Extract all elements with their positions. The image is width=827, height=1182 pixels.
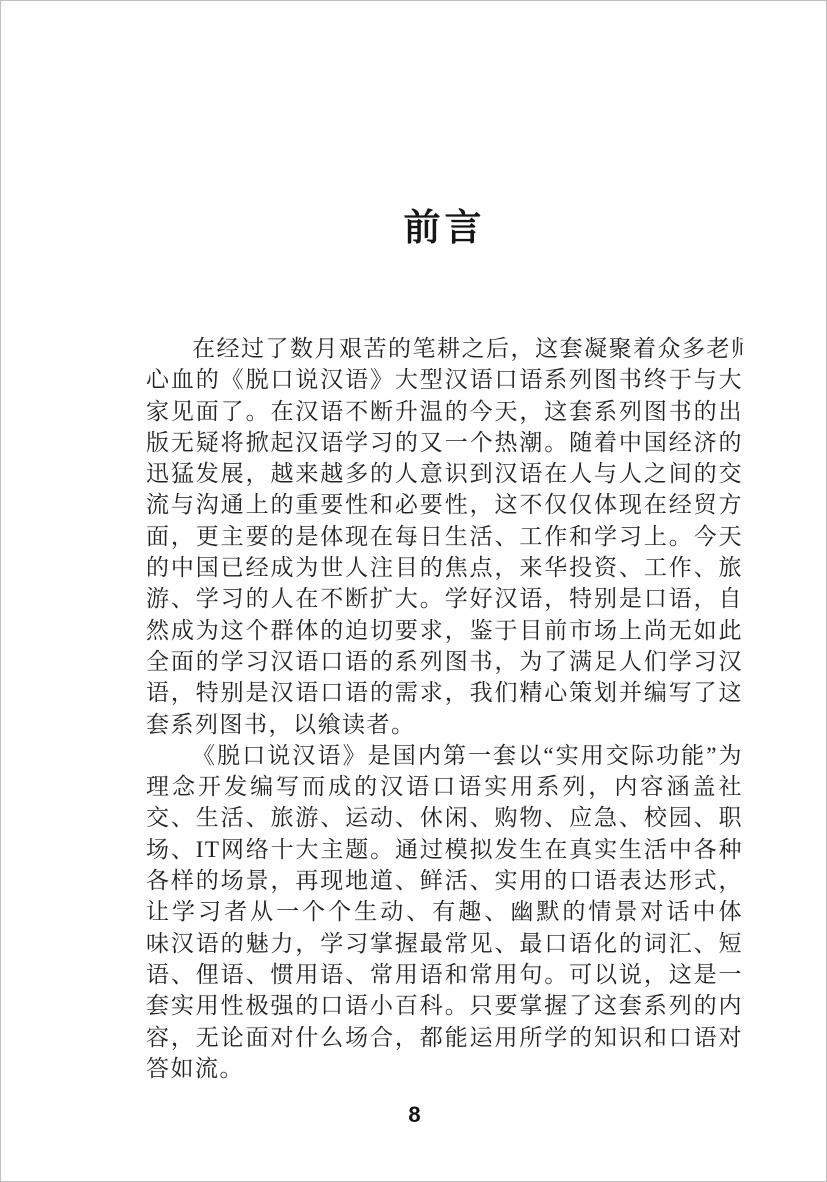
text-line: 理念开发编写而成的汉语口语实用系列，内容涵盖社 [146,771,743,802]
text-line: 游、学习的人在不断扩大。学好汉语，特别是口语，自 [146,583,743,614]
paragraph-2: 《脱口说汉语》是国内第一套以“实用交际功能”为 理念开发编写而成的汉语口语实用系… [146,740,743,1084]
text-line: 语，特别是汉语口语的需求，我们精心策划并编写了这 [146,677,743,708]
text-line: 然成为这个群体的迫切要求，鉴于目前市场上尚无如此 [146,615,743,646]
text-line: 味汉语的魅力，学习掌握最常见、最口语化的词汇、短 [146,928,743,959]
text-line: 面，更主要的是体现在每日生活、工作和学习上。今天 [146,521,743,552]
text-line: 套实用性极强的口语小百科。只要掌握了这套系列的内 [146,990,743,1021]
page-title: 前言 [146,197,743,251]
text-line: 《脱口说汉语》是国内第一套以“实用交际功能”为 [146,740,743,771]
text-line: 的中国已经成为世人注目的焦点，来华投资、工作、旅 [146,552,743,583]
text-line: 各样的场景，再现地道、鲜活、实用的口语表达形式， [146,865,743,896]
text-line: 场、IT网络十大主题。通过模拟发生在真实生活中各种 [146,834,743,865]
text-line: 心血的《脱口说汉语》大型汉语口语系列图书终于与大 [146,364,743,395]
page-number: 8 [1,1102,827,1128]
text-line: 让学习者从一个个生动、有趣、幽默的情景对话中体 [146,896,743,927]
text-line: 迅猛发展，越来越多的人意识到汉语在人与人之间的交 [146,458,743,489]
text-line: 家见面了。在汉语不断升温的今天，这套系列图书的出 [146,396,743,427]
paragraph-1: 在经过了数月艰苦的笔耕之后，这套凝聚着众多老师 心血的《脱口说汉语》大型汉语口语… [146,333,743,740]
text-line: 全面的学习汉语口语的系列图书，为了满足人们学习汉 [146,646,743,677]
preface-body: 在经过了数月艰苦的笔耕之后，这套凝聚着众多老师 心血的《脱口说汉语》大型汉语口语… [146,333,743,1084]
text-line: 版无疑将掀起汉语学习的又一个热潮。随着中国经济的 [146,427,743,458]
text-line: 流与沟通上的重要性和必要性，这不仅仅体现在经贸方 [146,489,743,520]
text-line: 在经过了数月艰苦的笔耕之后，这套凝聚着众多老师 [146,333,743,364]
text-line: 交、生活、旅游、运动、休闲、购物、应急、校园、职 [146,802,743,833]
text-line: 答如流。 [146,1053,743,1084]
text-line: 语、俚语、惯用语、常用语和常用句。可以说，这是一 [146,959,743,990]
text-line: 套系列图书，以飨读者。 [146,709,743,740]
text-line: 容，无论面对什么场合，都能运用所学的知识和口语对 [146,1022,743,1053]
book-page: 前言 在经过了数月艰苦的笔耕之后，这套凝聚着众多老师 心血的《脱口说汉语》大型汉… [0,0,827,1182]
